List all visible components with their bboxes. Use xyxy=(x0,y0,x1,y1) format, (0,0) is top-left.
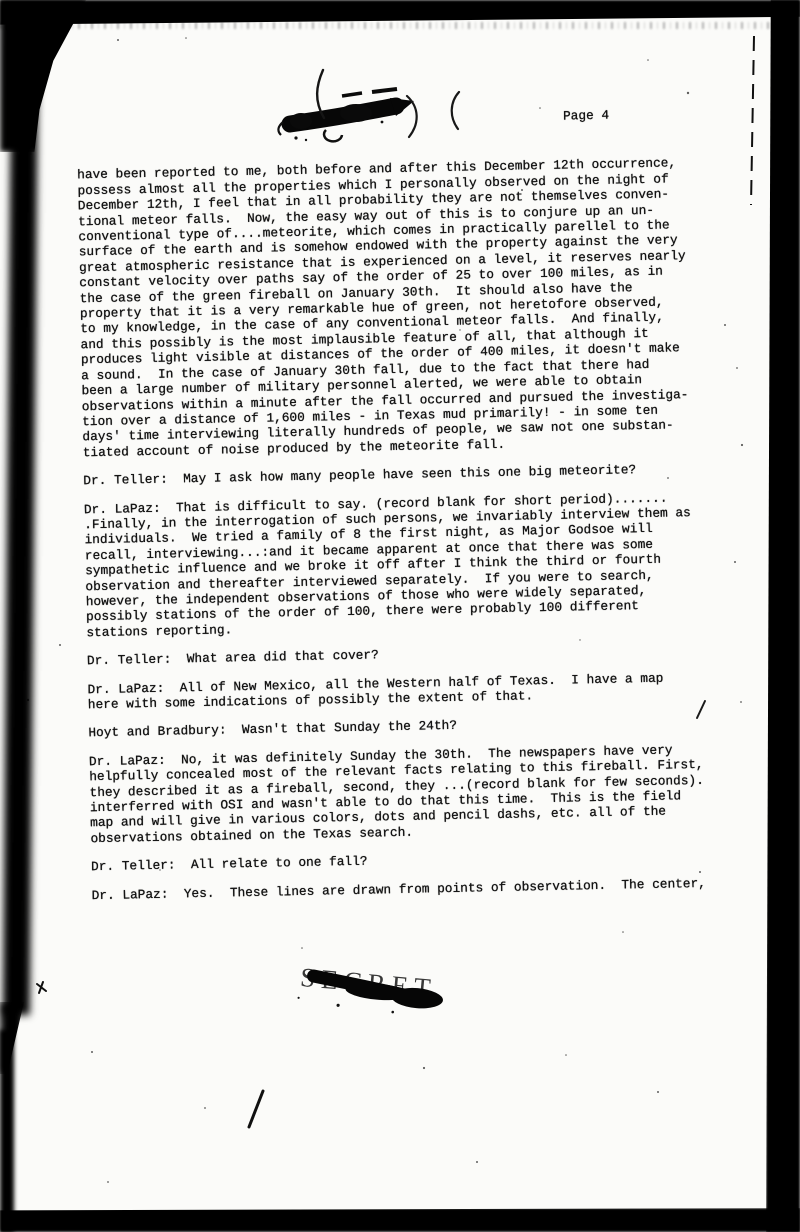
transcript-paragraph: Dr. LaPaz: That is difficult to say. (re… xyxy=(84,489,719,640)
stamp-text: SECRET xyxy=(299,962,438,1004)
transcript-paragraph: Dr. Teller: All relate to one fall? xyxy=(91,847,723,875)
transcript-paragraph: Hoyt and Bradbury: Wasn't that Sunday th… xyxy=(88,713,720,741)
transcript-paragraph: Dr. LaPaz: Yes. These lines are drawn fr… xyxy=(92,875,724,903)
scan-edge-left-gutter xyxy=(3,40,39,1015)
page-number: Page 4 xyxy=(76,106,708,134)
pen-mark-gutter xyxy=(37,982,46,993)
transcript-paragraph: Dr. LaPaz: All of New Mexico, all the We… xyxy=(87,669,719,712)
scan-edge-bottom xyxy=(0,1208,800,1232)
transcript-paragraph: Dr. Teller: May I ask how many people ha… xyxy=(83,461,715,489)
transcript-paragraph: have been reported to me, both before an… xyxy=(77,155,715,460)
scan-noise-strip xyxy=(0,22,800,29)
typed-text-block: Page 4 have been reported to me, both be… xyxy=(76,106,724,917)
scratch-line-right xyxy=(751,36,754,205)
pen-mark-bottom xyxy=(249,1091,263,1127)
transcript-paragraph: Dr. Teller: What area did that cover? xyxy=(87,641,719,669)
transcript-paragraph: Dr. LaPaz: No, it was definitely Sunday … xyxy=(89,741,723,846)
scan-edge-left-lower xyxy=(0,1030,14,1232)
secret-stamp-bottom: SECRET xyxy=(297,962,445,1018)
scan-edge-right xyxy=(766,0,800,1232)
scanned-page: Page 4 have been reported to me, both be… xyxy=(0,0,800,1232)
